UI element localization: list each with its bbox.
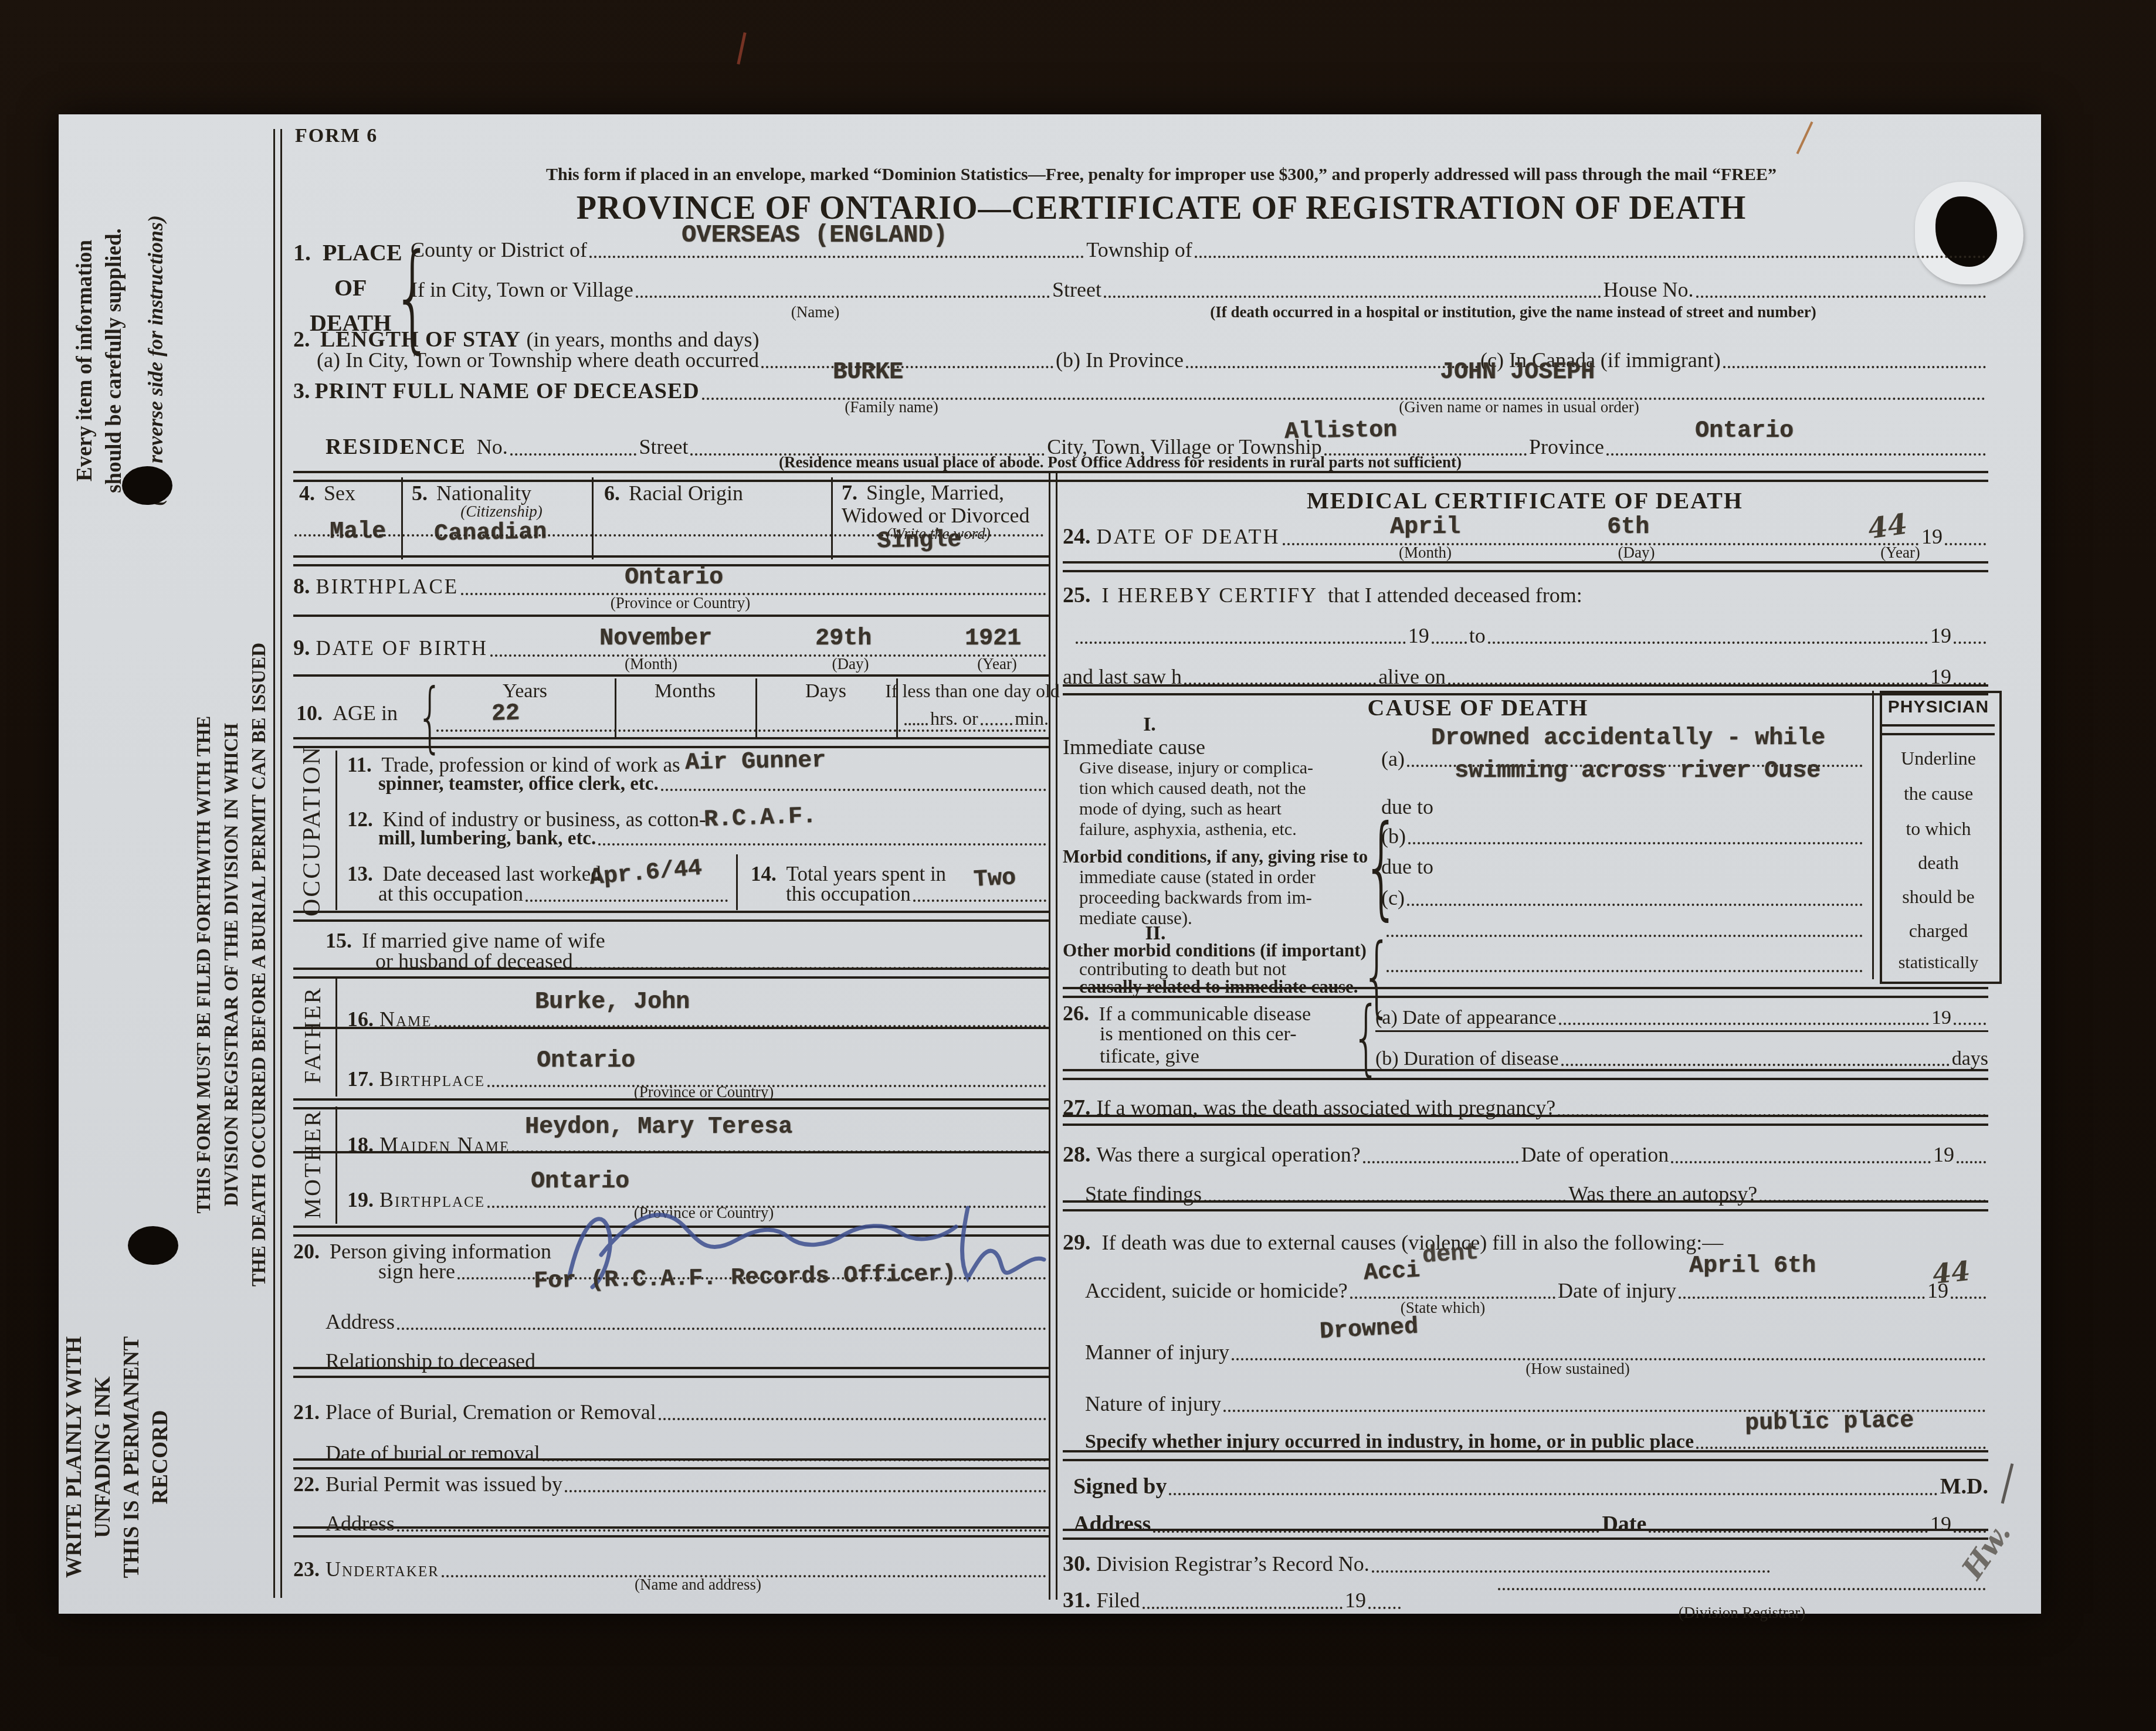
s29-accident-row[interactable]: Accident, suicide or homicide? Date of i… (1085, 1278, 1988, 1303)
s25-y2: 19 (1930, 623, 1951, 648)
date-of-death-row[interactable]: 24. DATE OF DEATH 19 (1063, 524, 1988, 549)
s25-number: 25. (1063, 583, 1091, 607)
s26-line2: is mentioned on this cer- (1100, 1023, 1296, 1046)
age-hrs-label: hrs. or (930, 708, 978, 729)
rule-under-s26a (1375, 1030, 1988, 1032)
column-divider (1049, 471, 1057, 1600)
s26-b-unit: days (1952, 1048, 1988, 1070)
residence-no-label: No. (477, 435, 508, 459)
s23-number: 23. (293, 1557, 320, 1581)
s26-b-label: (b) Duration of disease (1375, 1048, 1559, 1070)
rule-under-s22 (293, 1526, 1049, 1537)
s4-heading: 4. Sex (299, 481, 355, 505)
sidebar-info-line1: Every item of information (70, 228, 100, 493)
form-number: FORM 6 (295, 125, 378, 147)
s1-no-place: 1. PLACE (293, 239, 402, 266)
s14-label-line2: this occupation (786, 883, 911, 906)
s20-address-label: Address (326, 1309, 395, 1334)
s3-number: 3. (293, 378, 310, 404)
punch-hole-top (122, 466, 172, 505)
physician-word4: death (1918, 852, 1958, 874)
street-label: Street (1052, 277, 1101, 302)
rule-under-occupation (293, 911, 1049, 922)
s2a-label: (a) In City, Town or Township where deat… (317, 348, 759, 372)
s31-registrar-note: (Division Registrar) (1679, 1604, 1806, 1622)
residence-note: (Residence means usual place of abode. P… (779, 453, 1462, 471)
sidebar-info-line2: should be carefully supplied. (100, 228, 129, 493)
sidebar-filing-line2: DIVISION REGISTRAR OF THE DIVISION IN WH… (218, 643, 246, 1287)
physician-title: PHYSICIAN (1888, 697, 1989, 717)
injury-date-value: April 6th (1689, 1253, 1816, 1279)
cause-roman-i: I. (1143, 714, 1156, 736)
mail-notice: This form if placed in an envelope, mark… (546, 165, 1777, 185)
s7-number: 7. (842, 481, 857, 504)
s24-label: DATE OF DEATH (1097, 524, 1280, 549)
ink-nick (2001, 1463, 2014, 1503)
s10-label: AGE in (333, 701, 398, 725)
city-label: If in City, Town or Village (411, 277, 633, 302)
scanned-death-certificate: { "colors":{"paper":"#d6d9dc","ink":"#24… (0, 0, 2156, 1731)
s12-line2-row[interactable]: mill, lumbering, bank, etc. (378, 828, 1049, 850)
s22-label: Burial Permit was issued by (326, 1472, 562, 1496)
s22-number: 22. (293, 1472, 320, 1496)
s13-line2-row[interactable]: at this occupation (378, 883, 730, 906)
sidebar-filing-line3: THE DEATH OCCURRED BEFORE A BURIAL PERMI… (246, 643, 273, 1287)
physician-word3: to which (1906, 818, 1971, 840)
box-divider-3 (831, 477, 833, 559)
s6-number: 6. (604, 481, 620, 505)
s9-number: 9. (293, 635, 310, 661)
rule-under-s15 (293, 968, 1049, 979)
occupation-bracket-line (335, 751, 337, 910)
s4-number: 4. (299, 481, 315, 505)
age-years-header: Years (503, 680, 547, 702)
s26-a-year: 19 (1931, 1007, 1951, 1029)
s26-a-label: (a) Date of appearance (1375, 1007, 1557, 1029)
age-hrs-row: hrs. or min. (902, 708, 1049, 729)
s29-how-note: (How sustained) (1526, 1360, 1630, 1378)
rule-under-s9 (293, 674, 1049, 677)
marital-status-value: Single (877, 527, 962, 555)
s29-doi-prefix: 19 (1927, 1278, 1948, 1303)
s29-manner-label: Manner of injury (1085, 1340, 1229, 1365)
physician-word1: Underline (1901, 748, 1976, 769)
s10-number: 10. (296, 701, 323, 725)
father-bracket-line (335, 976, 337, 1097)
s29-doi-label: Date of injury (1558, 1278, 1676, 1303)
s1-place-word: PLACE (323, 239, 402, 266)
s28-year: 19 (1933, 1142, 1954, 1167)
s21-label: Place of Burial, Cremation or Removal (326, 1400, 656, 1424)
rule-under-s29 (1063, 1450, 1988, 1461)
s22-row[interactable]: 22. Burial Permit was issued by (293, 1472, 1049, 1496)
age-min-label: min. (1015, 708, 1049, 729)
rule-under-signed (1063, 1529, 1988, 1540)
township-label: Township of (1086, 237, 1192, 262)
cause-morbid-line2: immediate cause (stated in order (1079, 867, 1316, 888)
rule-under-s16 (293, 1027, 1049, 1029)
cause-a-value-line2: swimming across river Ouse (1455, 758, 1821, 785)
age-days-header: Days (805, 680, 846, 702)
s15-number: 15. (326, 929, 352, 952)
boxes-dotted-line (293, 534, 1049, 541)
s31-registrar-line[interactable] (1496, 1587, 1988, 1594)
rule-under-age (293, 737, 1049, 748)
stray-orange-mark (1796, 121, 1813, 154)
medical-cert-title: MEDICAL CERTIFICATE OF DEATH (1307, 487, 1743, 514)
residence-label: RESIDENCE (326, 434, 466, 460)
cause-give-line4: failure, asphyxia, asthenia, etc. (1079, 820, 1297, 840)
s7-heading: 7. Single, Married, (842, 481, 1004, 504)
cause-immediate-label: Immediate cause (1063, 735, 1205, 759)
box-divider-2 (592, 477, 594, 559)
cause-title: CAUSE OF DEATH (1368, 694, 1589, 721)
rule-under-s24 (1063, 561, 1988, 572)
s29-number: 29. (1063, 1230, 1091, 1255)
s10-heading: 10. AGE in (296, 701, 398, 725)
s25-attended: that I attended deceased from: (1328, 583, 1582, 607)
cause-physician-divider (1872, 691, 1874, 979)
physician-word7: statistically (1899, 953, 1979, 973)
cause-other-line1: Other morbid conditions (if important) (1063, 940, 1367, 961)
s29-heading: 29. If death was due to external causes … (1063, 1230, 1723, 1255)
s11-line2-row[interactable]: spinner, teamster, office clerk, etc. (378, 773, 1049, 795)
s31-number: 31. (1063, 1587, 1091, 1613)
s3-label: PRINT FULL NAME OF DECEASED (315, 378, 700, 404)
s20-address-row[interactable]: Address (326, 1309, 1049, 1334)
s20-number: 20. (293, 1240, 320, 1263)
signed-md-label: M.D. (1940, 1474, 1988, 1499)
s31-year: 19 (1345, 1588, 1366, 1613)
residence-province-label: Province (1529, 435, 1604, 459)
family-name-note: (Family name) (845, 398, 938, 416)
s26-number: 26. (1063, 1002, 1089, 1025)
age-less-header: If less than one day old (885, 680, 1060, 702)
cause-due2-label: due to (1381, 854, 1433, 879)
s25-y1: 19 (1408, 623, 1429, 648)
physician-word2: the cause (1904, 783, 1973, 805)
cause-give-line3: mode of dying, such as heart (1079, 799, 1282, 819)
s7-label-line1: Single, Married, (866, 481, 1004, 504)
rule-under-father (293, 1098, 1049, 1109)
s26-line3: tificate, give (1100, 1046, 1199, 1068)
cause-c-label: (c) (1381, 885, 1405, 910)
s17-label: Birthplace (379, 1067, 485, 1091)
sidebar-write-line2: UNFADING INK (89, 1336, 117, 1578)
full-name-row[interactable]: 3. PRINT FULL NAME OF DECEASED (293, 378, 1988, 404)
mother-bracket-line (335, 1107, 337, 1224)
rule-under-header (293, 471, 1988, 482)
s5-number: 5. (412, 481, 428, 505)
s21-number: 21. (293, 1400, 320, 1424)
s2b-label: (b) In Province (1056, 348, 1184, 372)
sidebar-filing-line1: THIS FORM MUST BE FILED FORTHWITH WITH T… (191, 643, 218, 1287)
s13-number: 13. (347, 863, 373, 885)
s29-nature-label: Nature of injury (1085, 1391, 1221, 1416)
s29-ash-label: Accident, suicide or homicide? (1085, 1278, 1348, 1303)
stray-red-mark (737, 32, 746, 65)
s8-note: (Province or Country) (611, 594, 750, 612)
cause-give-line2: tion which caused death, not the (1079, 779, 1306, 799)
s19-label: Birthplace (379, 1187, 485, 1212)
s24-year-prefix: 19 (1921, 524, 1943, 549)
s1-number: 1. (293, 239, 311, 266)
cause-a-label: (a) (1381, 746, 1405, 771)
s29-label: If death was due to external causes (vio… (1102, 1231, 1724, 1254)
cause-give-line1: Give disease, injury or complica- (1079, 758, 1313, 778)
cause-c-row[interactable]: (c) (1381, 885, 1865, 910)
s23-note: (Name and address) (635, 1576, 761, 1594)
city-street-row[interactable]: If in City, Town or Village Street House… (411, 277, 1988, 302)
s24-year-note: (Year) (1880, 544, 1920, 562)
house-no-label: House No. (1604, 277, 1694, 302)
s20-sign-here-label: sign here (378, 1259, 455, 1284)
cause-morbid-line1: Morbid conditions, if any, giving rise t… (1063, 846, 1368, 867)
sidebar-write-line4: RECORD (146, 1336, 175, 1578)
s17-number: 17. (347, 1067, 374, 1091)
cause-morbid-line4: mediate cause). (1079, 908, 1192, 929)
cause-b-row[interactable]: (b) (1381, 824, 1865, 848)
certificate-paper: Every item of information should be care… (59, 114, 2041, 1614)
s28-number: 28. (1063, 1142, 1091, 1167)
county-label: County or District of (411, 237, 587, 262)
age-divider-1 (615, 678, 616, 737)
sidebar-divider (273, 129, 282, 1598)
s6-heading: 6. Racial Origin (604, 481, 743, 505)
s5-paren: (Citizenship) (460, 503, 543, 521)
rule-under-cause (1063, 987, 1988, 998)
s9-label: DATE OF BIRTH (316, 637, 489, 660)
age-divider-2 (755, 678, 757, 737)
trade-value: Air Gunner (685, 748, 826, 776)
signed-by-label: Signed by (1073, 1474, 1167, 1499)
s2-number: 2. (293, 327, 310, 352)
rule-under-s20 (293, 1367, 1049, 1378)
physician-word5: should be (1902, 886, 1975, 908)
s24-day-note: (Day) (1618, 544, 1655, 562)
cause-ii-line1[interactable] (1384, 934, 1865, 941)
s23-label: Undertaker (326, 1557, 439, 1581)
physician-rule (1882, 724, 1995, 735)
s28-date-label: Date of operation (1521, 1142, 1669, 1167)
s5-heading: 5. Nationality (412, 481, 531, 505)
s26-b-row[interactable]: (b) Duration of disease days (1375, 1048, 1988, 1070)
rule-under-s26 (1063, 1069, 1988, 1080)
s4-label: Sex (324, 481, 355, 505)
rule-under-s28 (1063, 1200, 1988, 1211)
s31-label: Filed (1097, 1588, 1140, 1613)
sidebar-write-line3: THIS IS A PERMANENT (117, 1336, 146, 1578)
s30-number: 30. (1063, 1551, 1091, 1577)
name-note: (Name) (791, 303, 839, 321)
s26-line1: 26. If a communicable disease (1063, 1001, 1311, 1026)
s31-row[interactable]: 31. Filed 19 (1063, 1587, 1403, 1613)
s8-label: BIRTHPLACE (316, 575, 459, 599)
cause-morbid-line3: proceeding backwards from im- (1079, 887, 1312, 908)
given-name-note: (Given name or names in usual order) (1399, 398, 1639, 416)
s30-label: Division Registrar’s Record No. (1097, 1552, 1369, 1576)
accident-value-part2: dent (1422, 1240, 1480, 1270)
s9-day-note: (Day) (832, 655, 869, 673)
s11-label-line2: spinner, teamster, office clerk, etc. (378, 773, 659, 795)
punch-hole-bottom (128, 1226, 178, 1265)
s1-of-word: OF (334, 274, 367, 301)
residence-street-label: Street (639, 435, 688, 459)
s28-row[interactable]: 28. Was there a surgical operation? Date… (1063, 1142, 1988, 1167)
s24-month-note: (Month) (1399, 544, 1452, 562)
physician-word6: charged (1909, 920, 1968, 942)
s30-row[interactable]: 30. Division Registrar’s Record No. (1063, 1551, 1772, 1577)
s5-label: Nationality (436, 481, 531, 505)
hospital-note: (If death occurred in a hospital or inst… (1210, 303, 1816, 321)
s19-number: 19. (347, 1187, 374, 1212)
s6-label: Racial Origin (629, 481, 743, 505)
signed-row[interactable]: Signed by M.D. (1073, 1474, 1988, 1499)
s25-heading: 25. I HEREBY CERTIFY that I attended dec… (1063, 582, 1582, 608)
s21-row[interactable]: 21. Place of Burial, Cremation or Remova… (293, 1400, 1049, 1424)
s25-to: to (1469, 623, 1486, 648)
age-years-value: 22 (491, 700, 520, 728)
s12-label-line2: mill, lumbering, bank, etc. (378, 828, 596, 850)
s25-certify: I HEREBY CERTIFY (1102, 583, 1318, 607)
s13-s14-divider (736, 854, 738, 910)
s14-number: 14. (751, 863, 777, 885)
s7-label-line2: Widowed or Divorced (842, 503, 1029, 528)
s12-number: 12. (347, 808, 373, 831)
cause-ii-line2[interactable] (1384, 969, 1865, 976)
age-dotted-line (434, 729, 1049, 736)
age-months-header: Months (655, 680, 716, 702)
s8-number: 8. (293, 573, 310, 599)
s24-number: 24. (1063, 524, 1091, 549)
s2-answer-row[interactable]: (a) In City, Town or Township where deat… (317, 348, 1988, 372)
s26-label-line1: If a communicable disease (1099, 1003, 1311, 1025)
sex-value: Male (330, 519, 386, 545)
s9-year-note: (Year) (977, 655, 1017, 673)
sidebar-write-line1: WRITE PLAINLY WITH (60, 1336, 89, 1578)
rule-under-s27 (1063, 1115, 1988, 1126)
s11-number: 11. (347, 754, 372, 776)
cause-b-label: (b) (1381, 824, 1406, 848)
rule-under-s21 (293, 1458, 1049, 1469)
rule-under-s18 (293, 1151, 1049, 1153)
s28-label: Was there a surgical operation? (1097, 1142, 1361, 1167)
box-divider-1 (401, 477, 403, 559)
s9-month-note: (Month) (625, 655, 677, 673)
s14-line2-row[interactable]: this occupation (786, 883, 1049, 906)
county-row[interactable]: County or District of Township of (411, 237, 1988, 262)
s25-from-row[interactable]: 19 to 19 (1073, 623, 1988, 648)
rule-under-s8 (293, 615, 1049, 617)
s13-label-line2: at this occupation (378, 883, 523, 906)
s26-a-row[interactable]: (a) Date of appearance 19 (1375, 1007, 1988, 1029)
